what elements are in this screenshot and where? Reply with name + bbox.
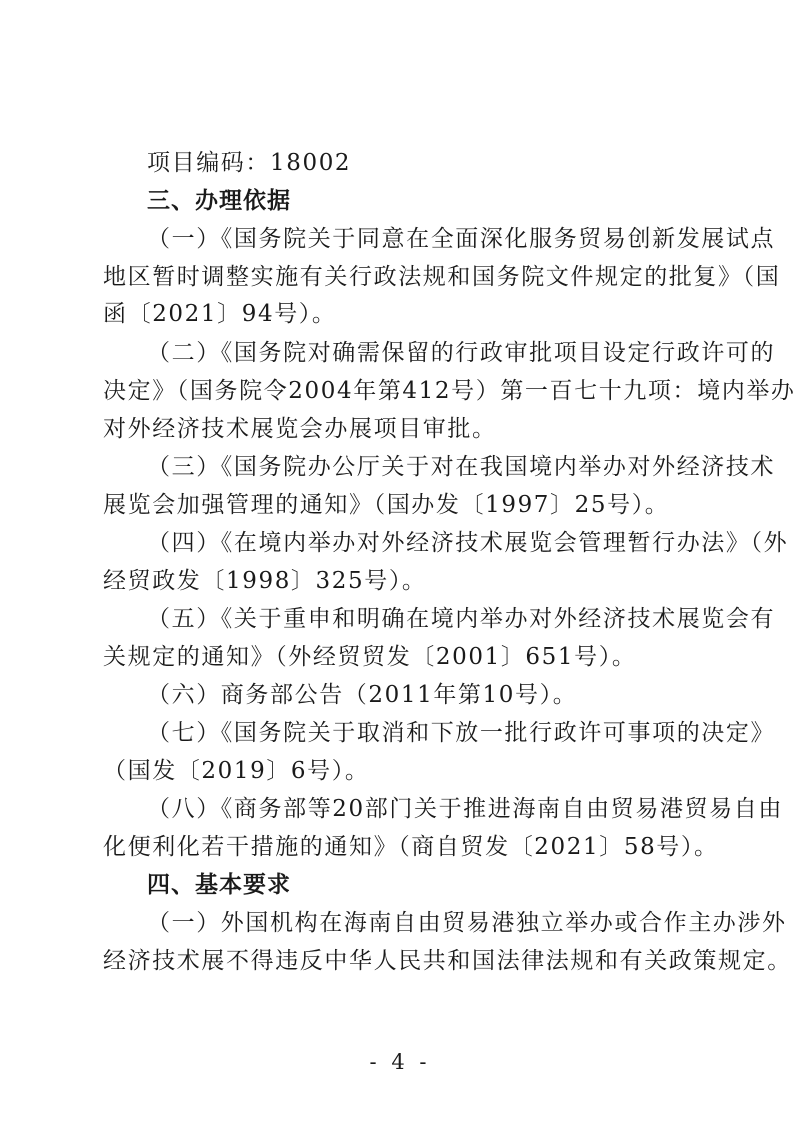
paragraph-line: （七）《国务院关于取消和下放一批行政许可事项的决定》: [147, 718, 747, 748]
paragraph-line: （三）《国务院办公厅关于对在我国境内举办对外经济技术: [147, 452, 747, 482]
paragraph-line: 经济技术展不得违反中华人民共和国法律法规和有关政策规定。: [103, 946, 703, 976]
paragraph-line: 地区暂时调整实施有关行政法规和国务院文件规定的批复》（国: [103, 262, 703, 292]
paragraph-line: （八）《商务部等20部门关于推进海南自由贸易港贸易自由: [147, 794, 747, 824]
paragraph-line: （六）商务部公告（2011年第10号）。: [147, 680, 747, 710]
section-heading-basis: 三、办理依据: [147, 186, 747, 216]
document-page: 项目编码：18002 三、办理依据 （一）《国务院关于同意在全面深化服务贸易创新…: [0, 0, 800, 1131]
paragraph-line: （二）《国务院对确需保留的行政审批项目设定行政许可的: [147, 338, 747, 368]
project-code: 项目编码：18002: [147, 148, 747, 178]
paragraph-line: （国发〔2019〕6号）。: [103, 756, 703, 786]
paragraph-line: （五）《关于重申和明确在境内举办对外经济技术展览会有: [147, 604, 747, 634]
paragraph-line: 经贸政发〔1998〕325号）。: [103, 566, 703, 596]
paragraph-line: （一）《国务院关于同意在全面深化服务贸易创新发展试点: [147, 224, 747, 254]
paragraph-line: （一）外国机构在海南自由贸易港独立举办或合作主办涉外: [147, 908, 747, 938]
section-heading-requirements: 四、基本要求: [147, 870, 747, 900]
paragraph-line: 函〔2021〕94号）。: [103, 299, 703, 329]
paragraph-line: （四）《在境内举办对外经济技术展览会管理暂行办法》（外: [147, 528, 747, 558]
paragraph-line: 决定》（国务院令2004年第412号）第一百七十九项：境内举办: [103, 376, 703, 406]
paragraph-line: 化便利化若干措施的通知》（商自贸发〔2021〕58号）。: [103, 832, 703, 862]
paragraph-line: 展览会加强管理的通知》（国办发〔1997〕25号）。: [103, 490, 703, 520]
paragraph-line: 对外经济技术展览会办展项目审批。: [103, 414, 703, 444]
page-number: - 4 -: [0, 1050, 800, 1074]
paragraph-line: 关规定的通知》（外经贸贸发〔2001〕651号）。: [103, 642, 703, 672]
